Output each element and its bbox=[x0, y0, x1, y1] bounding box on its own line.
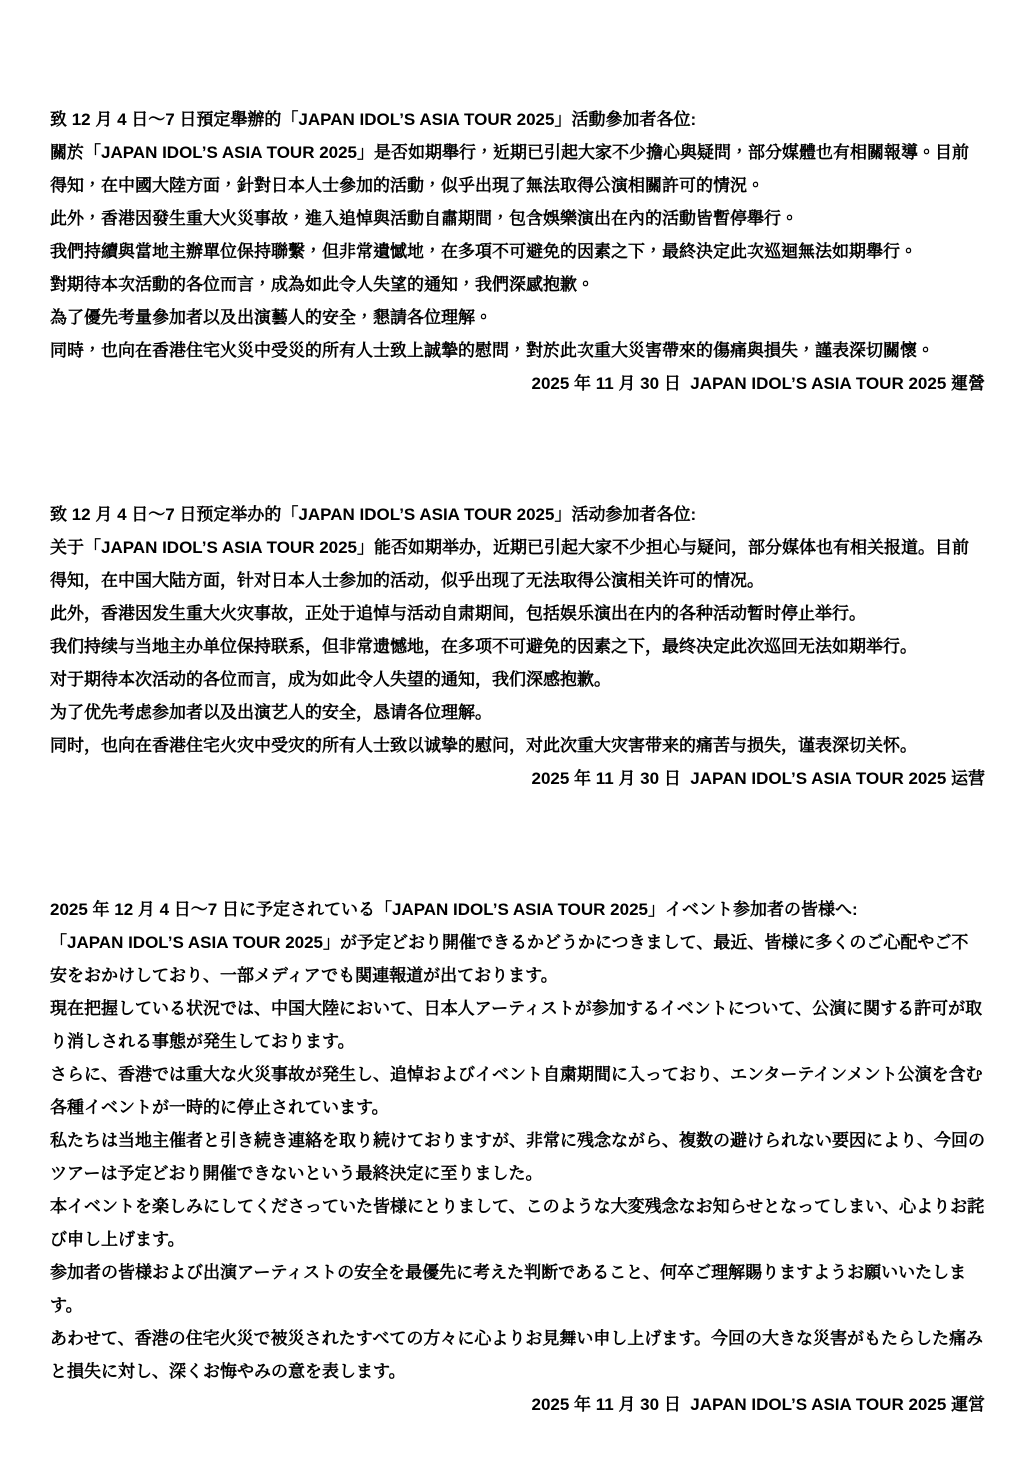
notice-paragraph: さらに、香港では重大な火災事故が発生し、追悼およびイベント自粛期間に入っており、… bbox=[50, 1058, 985, 1124]
notice-paragraph: 私たちは当地主催者と引き続き連絡を取り続けておりますが、非常に残念ながら、複数の… bbox=[50, 1124, 985, 1190]
notice-paragraph: 对于期待本次活动的各位而言，成为如此令人失望的通知，我们深感抱歉。 bbox=[50, 663, 985, 696]
notice-paragraph: 關於「JAPAN IDOL’S ASIA TOUR 2025」是否如期舉行，近期… bbox=[50, 136, 985, 202]
notice-signature: 2025 年 11 月 30 日 JAPAN IDOL’S ASIA TOUR … bbox=[50, 762, 985, 795]
notice-paragraph: 為了優先考量參加者以及出演藝人的安全，懇請各位理解。 bbox=[50, 301, 985, 334]
notice-salutation: 致 12 月 4 日～7 日预定举办的「JAPAN IDOL’S ASIA TO… bbox=[50, 498, 985, 531]
notice-paragraph: あわせて、香港の住宅火災で被災されたすべての方々に心よりお見舞い申し上げます。今… bbox=[50, 1322, 985, 1388]
notice-paragraph: 「JAPAN IDOL’S ASIA TOUR 2025」が予定どおり開催できる… bbox=[50, 926, 985, 992]
notice-block-simplified-chinese: 致 12 月 4 日～7 日预定举办的「JAPAN IDOL’S ASIA TO… bbox=[50, 498, 985, 795]
notice-paragraph: 同时，也向在香港住宅火灾中受灾的所有人士致以诚挚的慰问，对此次重大灾害带来的痛苦… bbox=[50, 729, 985, 762]
notice-paragraph: 同時，也向在香港住宅火災中受災的所有人士致上誠摯的慰問，對於此次重大災害帶來的傷… bbox=[50, 334, 985, 367]
notice-paragraph: 對期待本次活動的各位而言，成為如此令人失望的通知，我們深感抱歉。 bbox=[50, 268, 985, 301]
notice-paragraph: 为了优先考虑参加者以及出演艺人的安全，恳请各位理解。 bbox=[50, 696, 985, 729]
notice-paragraph: 我们持续与当地主办单位保持联系，但非常遗憾地，在多项不可避免的因素之下，最终决定… bbox=[50, 630, 985, 663]
notice-paragraph: 关于「JAPAN IDOL’S ASIA TOUR 2025」能否如期举办，近期… bbox=[50, 531, 985, 597]
notice-paragraph: 現在把握している状況では、中国大陸において、日本人アーティストが参加するイベント… bbox=[50, 992, 985, 1058]
notice-signature: 2025 年 11 月 30 日 JAPAN IDOL’S ASIA TOUR … bbox=[50, 367, 985, 400]
notice-salutation: 2025 年 12 月 4 日～7 日に予定されている「JAPAN IDOL’S… bbox=[50, 893, 985, 926]
notice-paragraph: 我們持續與當地主辦單位保持聯繫，但非常遺憾地，在多項不可避免的因素之下，最終決定… bbox=[50, 235, 985, 268]
notice-paragraph: 此外，香港因发生重大火灾事故，正处于追悼与活动自肃期间，包括娱乐演出在内的各种活… bbox=[50, 597, 985, 630]
notice-paragraph: 参加者の皆様および出演アーティストの安全を最優先に考えた判断であること、何卒ご理… bbox=[50, 1256, 985, 1322]
notice-signature: 2025 年 11 月 30 日 JAPAN IDOL’S ASIA TOUR … bbox=[50, 1388, 985, 1421]
notice-paragraph: 此外，香港因發生重大火災事故，進入追悼與活動自肅期間，包含娛樂演出在內的活動皆暫… bbox=[50, 202, 985, 235]
notice-block-japanese: 2025 年 12 月 4 日～7 日に予定されている「JAPAN IDOL’S… bbox=[50, 893, 985, 1421]
notice-block-traditional-chinese: 致 12 月 4 日～7 日預定舉辦的「JAPAN IDOL’S ASIA TO… bbox=[50, 103, 985, 400]
notice-paragraph: 本イベントを楽しみにしてくださっていた皆様にとりまして、このような大変残念なお知… bbox=[50, 1190, 985, 1256]
notice-salutation: 致 12 月 4 日～7 日預定舉辦的「JAPAN IDOL’S ASIA TO… bbox=[50, 103, 985, 136]
document-page: 致 12 月 4 日～7 日預定舉辦的「JAPAN IDOL’S ASIA TO… bbox=[0, 0, 1032, 1476]
